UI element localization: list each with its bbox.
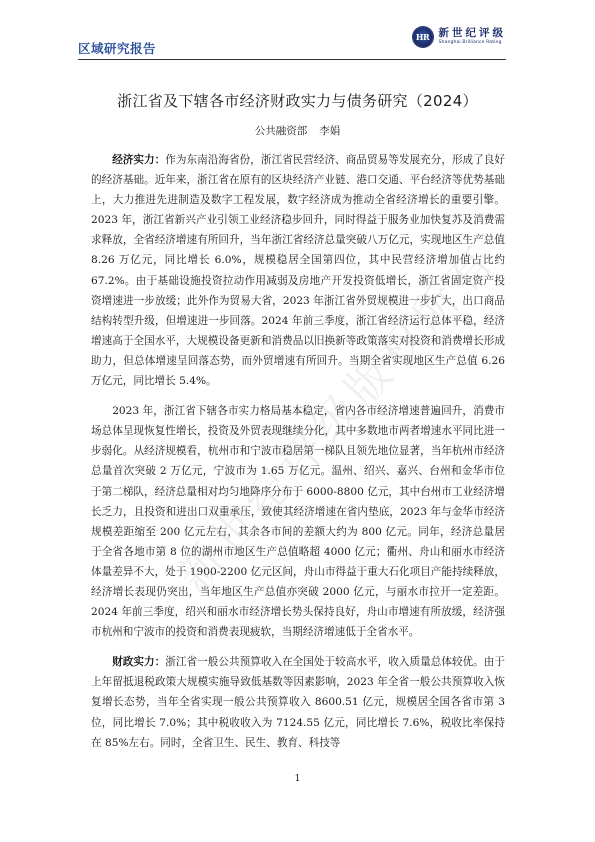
logo-name-en: Shanghai Brilliance Rating (439, 39, 507, 47)
author-line: 公共融资部李娟 (0, 123, 595, 138)
document-title: 浙江省及下辖各市经济财政实力与债务研究（2024） (0, 90, 595, 111)
paragraph-text: 浙江省一般公共预算收入在全国处于较高水平，收入质量总体较优。由于上年留抵退税政策… (91, 656, 505, 748)
brand-logo: HR 新世纪评级 Shanghai Brilliance Rating (413, 27, 507, 47)
document-body: 经济实力：作为东南沿海省份，浙江省民营经济、商品贸易等发展充分，形成了良好的经济… (91, 150, 505, 753)
paragraph-lead: 经济实力： (112, 154, 165, 166)
section-title: 区域研究报告 (78, 39, 156, 57)
paragraph-lead: 财政实力： (112, 656, 165, 668)
department: 公共融资部 (255, 125, 308, 137)
author-name: 李娟 (319, 125, 340, 137)
paragraph-economic-strength: 经济实力：作为东南沿海省份，浙江省民营经济、商品贸易等发展充分，形成了良好的经济… (91, 150, 505, 391)
paragraph-text: 作为东南沿海省份，浙江省民营经济、商品贸易等发展充分，形成了良好的经济基础。近年… (91, 154, 505, 387)
paragraph-fiscal-strength: 财政实力：浙江省一般公共预算收入在全国处于较高水平，收入质量总体较优。由于上年留… (91, 652, 505, 752)
logo-emblem-text: HR (416, 32, 429, 42)
header-divider (78, 59, 506, 60)
paragraph-city-landscape: 2023 年，浙江省下辖各市实力格局基本稳定，省内各市经济增速普遍回升，消费市场… (91, 401, 505, 642)
page-number: 1 (0, 774, 595, 784)
paragraph-text: 2023 年，浙江省下辖各市实力格局基本稳定，省内各市经济增速普遍回升，消费市场… (91, 405, 505, 638)
page-header: 区域研究报告 HR 新世纪评级 Shanghai Brilliance Rati… (78, 22, 506, 60)
logo-emblem-icon: HR (413, 27, 433, 47)
logo-name-cn: 新世纪评级 (439, 27, 507, 39)
logo-text: 新世纪评级 Shanghai Brilliance Rating (439, 27, 507, 47)
